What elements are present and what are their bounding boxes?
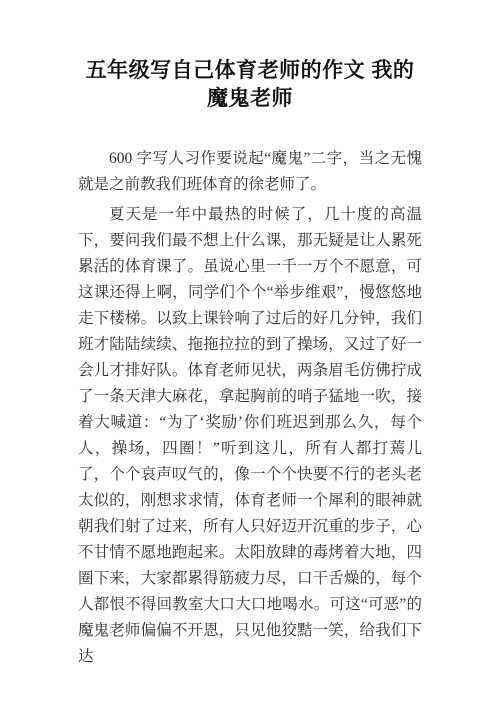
essay-content: 五年级写自己体育老师的作文 我的魔鬼老师 600 字写人习作要说起“魔鬼”二字，… — [78, 57, 422, 670]
document-page: 五年级写自己体育老师的作文 我的魔鬼老师 600 字写人习作要说起“魔鬼”二字，… — [0, 0, 500, 708]
essay-paragraph-story: 夏天是一年中最热的时候了，几十度的高温下，要问我们最不想上什么课，那无疑是让人累… — [78, 202, 422, 670]
essay-paragraph-intro: 600 字写人习作要说起“魔鬼”二字，当之无愧就是之前教我们班体育的徐老师了。 — [78, 146, 422, 198]
essay-body: 600 字写人习作要说起“魔鬼”二字，当之无愧就是之前教我们班体育的徐老师了。 … — [78, 146, 422, 670]
essay-title: 五年级写自己体育老师的作文 我的魔鬼老师 — [78, 57, 422, 113]
